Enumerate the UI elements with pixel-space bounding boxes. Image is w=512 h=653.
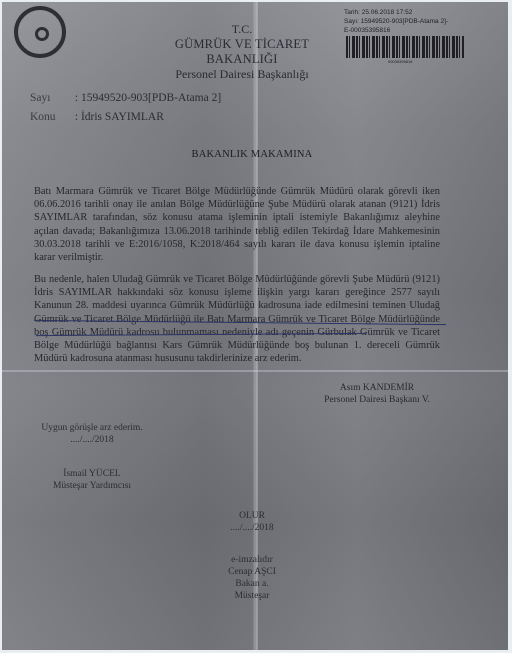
approval-left-text: Uygun görüşle arz ederim. bbox=[22, 422, 162, 434]
olur-date: ..../..../2018 bbox=[192, 522, 312, 534]
approval-left-date: ..../..../2018 bbox=[22, 434, 162, 446]
konu-value: : İdris SAYIMLAR bbox=[75, 111, 164, 123]
approval-left-title: Müsteşar Yardımcısı bbox=[22, 480, 162, 492]
ministry-seal-icon bbox=[14, 6, 66, 58]
document-title: BAKANLIK MAKAMINA bbox=[172, 149, 332, 160]
e-signature-stamp: Tarih: 25.06.2018 17:52 Sayı: 15949520-9… bbox=[344, 8, 476, 35]
olur-name: Cenap AŞCI bbox=[192, 566, 312, 578]
olur-title-2: Müsteşar bbox=[192, 590, 312, 602]
sayi-value: : 15949520-903[PDB-Atama 2] bbox=[75, 92, 221, 104]
barcode-icon bbox=[346, 36, 464, 58]
scanned-document: T.C. GÜMRÜK VE TİCARET BAKANLIĞI Persone… bbox=[2, 2, 508, 650]
header-department: Personel Dairesi Başkanlığı bbox=[142, 67, 342, 82]
signatory-block: Asım KANDEMİR Personel Dairesi Başkanı V… bbox=[302, 382, 452, 406]
sayi-label: Sayı bbox=[30, 92, 72, 104]
paragraph-2: Bu nedenle, halen Uludağ Gümrük ve Ticar… bbox=[34, 273, 440, 365]
signatory-title: Personel Dairesi Başkanı V. bbox=[302, 394, 452, 406]
olur-esign: e-imzalıdır bbox=[192, 554, 312, 566]
olur-title-1: Bakan a. bbox=[192, 578, 312, 590]
paragraph-1: Batı Marmara Gümrük ve Ticaret Bölge Müd… bbox=[34, 185, 440, 264]
approval-center: OLUR ..../..../2018 e-imzalıdır Cenap AŞ… bbox=[192, 510, 312, 602]
meta-sayi: Sayı : 15949520-903[PDB-Atama 2] bbox=[30, 92, 221, 104]
letterhead: T.C. GÜMRÜK VE TİCARET BAKANLIĞI Persone… bbox=[142, 22, 342, 82]
header-tc: T.C. bbox=[142, 22, 342, 37]
barcode-caption: 00035395816 bbox=[388, 59, 412, 64]
stamp-doc-id: E-00035395816 bbox=[344, 26, 476, 35]
fold-line-horizontal bbox=[2, 370, 508, 372]
olur-label: OLUR bbox=[192, 510, 312, 522]
stamp-number: Sayı: 15949520-903[PDB-Atama 2]- bbox=[344, 17, 476, 26]
header-ministry: GÜMRÜK VE TİCARET BAKANLIĞI bbox=[142, 37, 342, 67]
approval-left: Uygun görüşle arz ederim. ..../..../2018… bbox=[22, 422, 162, 492]
meta-konu: Konu : İdris SAYIMLAR bbox=[30, 111, 164, 123]
stamp-date: Tarih: 25.06.2018 17:52 bbox=[344, 8, 476, 17]
approval-left-name: İsmail YÜCEL bbox=[22, 468, 162, 480]
konu-label: Konu bbox=[30, 111, 72, 123]
signatory-name: Asım KANDEMİR bbox=[302, 382, 452, 394]
